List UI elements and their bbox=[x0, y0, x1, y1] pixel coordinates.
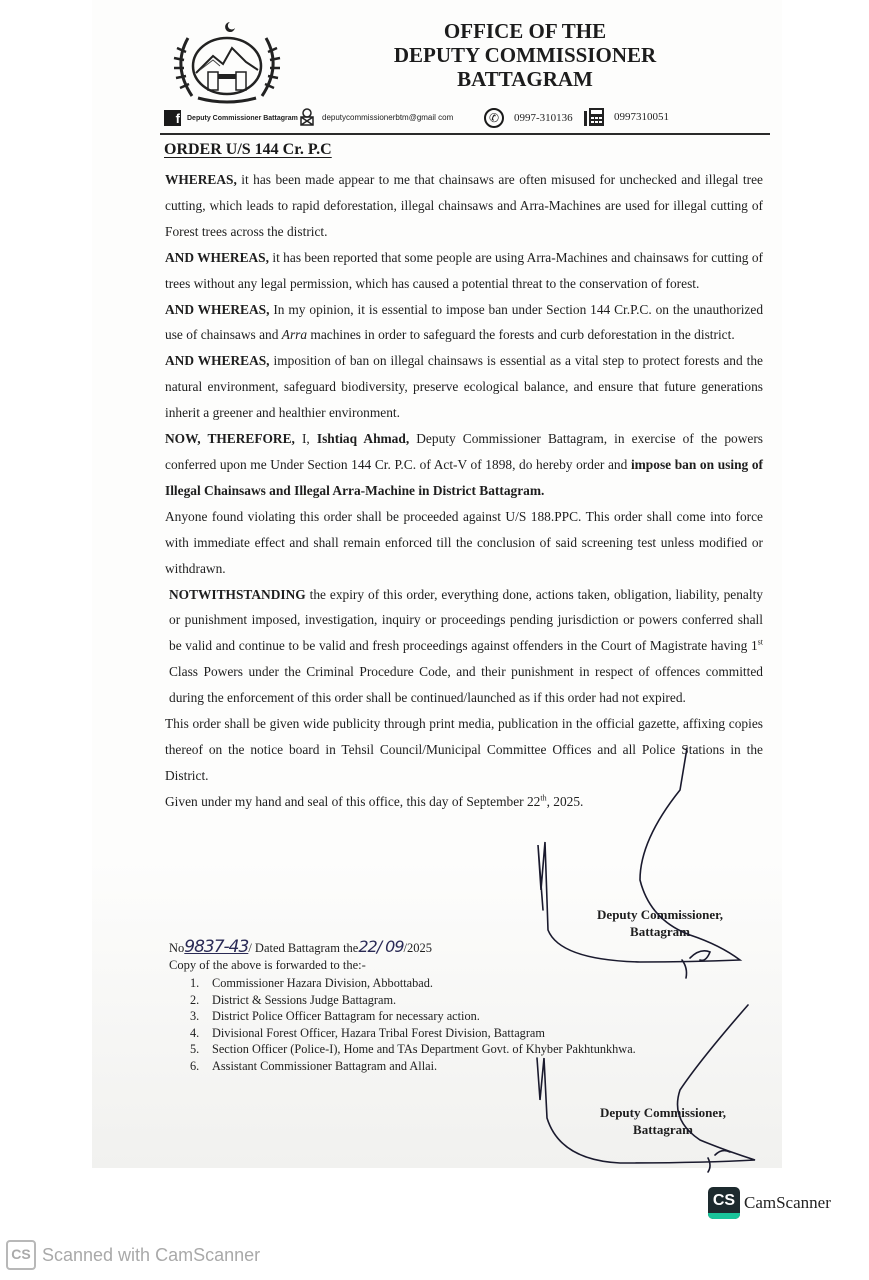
scanned-with-watermark: CS Scanned with CamScanner bbox=[6, 1240, 260, 1270]
officer-name: Ishtiaq Ahmad, bbox=[317, 431, 409, 446]
phone-contact[interactable]: ✆ 0997-310136 bbox=[484, 108, 573, 128]
paragraph-whereas-3: AND WHEREAS, In my opinion, it is essent… bbox=[165, 297, 763, 349]
paragraph-now-therefore: NOW, THEREFORE, I, Ishtiaq Ahmad, Deputy… bbox=[165, 426, 763, 504]
email-address: deputycommissionerbtm@gmail com bbox=[322, 113, 453, 122]
paragraph-text: Class Powers under the Criminal Procedur… bbox=[169, 664, 763, 705]
order-title: ORDER U/S 144 Cr. P.C bbox=[164, 141, 332, 159]
recipient-number: 5. bbox=[190, 1041, 212, 1058]
recipient-text: District & Sessions Judge Battagram. bbox=[212, 992, 396, 1009]
fax-contact[interactable]: 0997310051 bbox=[584, 108, 669, 126]
office-title-line-3: BATTAGRAM bbox=[380, 67, 670, 91]
recipient-text: Divisional Forest Officer, Hazara Tribal… bbox=[212, 1025, 545, 1042]
email-contact[interactable]: deputycommissionerbtm@gmail com bbox=[300, 108, 453, 126]
office-title-line-1: OFFICE OF THE bbox=[380, 19, 670, 43]
mail-icon bbox=[300, 108, 314, 126]
reference-no-label: No bbox=[169, 941, 184, 955]
office-title: OFFICE OF THE DEPUTY COMMISSIONER BATTAG… bbox=[380, 19, 670, 91]
date-year: /2025 bbox=[404, 941, 432, 955]
recipient-number: 2. bbox=[190, 992, 212, 1009]
paragraph-lead: AND WHEREAS, bbox=[165, 353, 270, 368]
paragraph-whereas-1: WHEREAS, it has been made appear to me t… bbox=[165, 167, 763, 245]
phone-number: 0997-310136 bbox=[514, 112, 573, 124]
handwritten-date: 22/ 09 bbox=[358, 937, 403, 956]
paragraph-given: Given under my hand and seal of this off… bbox=[165, 789, 763, 815]
recipient-number: 1. bbox=[190, 975, 212, 992]
signatory-place: Battagram bbox=[583, 1121, 743, 1138]
paragraph-italic: Arra bbox=[282, 327, 307, 342]
signature-block-2: Deputy Commissioner, Battagram bbox=[583, 1104, 743, 1138]
paragraph-lead: NOW, THEREFORE, bbox=[165, 431, 295, 446]
paragraph-whereas-4: AND WHEREAS, imposition of ban on illega… bbox=[165, 348, 763, 426]
recipient-item: 2.District & Sessions Judge Battagram. bbox=[190, 992, 636, 1009]
paragraph-text: I, bbox=[295, 431, 317, 446]
recipient-text: Section Officer (Police-I), Home and TAs… bbox=[212, 1041, 636, 1058]
paragraph-notwithstanding: NOTWITHSTANDING the expiry of this order… bbox=[165, 582, 763, 712]
recipient-text: District Police Officer Battagram for ne… bbox=[212, 1008, 480, 1025]
paragraph-lead: NOTWITHSTANDING bbox=[169, 587, 306, 602]
paragraph-text: it has been made appear to me that chain… bbox=[165, 172, 763, 239]
order-body: WHEREAS, it has been made appear to me t… bbox=[165, 167, 763, 815]
camscanner-name: CamScanner bbox=[744, 1193, 831, 1213]
paragraph-publicity: This order shall be given wide publicity… bbox=[165, 711, 763, 789]
fax-number: 0997310051 bbox=[614, 111, 669, 123]
facebook-label: Deputy Commissioner Battagram bbox=[187, 115, 298, 122]
signatory-designation: Deputy Commissioner, bbox=[580, 906, 740, 923]
camscanner-logo-icon: CS bbox=[708, 1187, 740, 1219]
facebook-icon: f bbox=[164, 110, 181, 126]
paragraph-text: Given under my hand and seal of this off… bbox=[165, 794, 540, 809]
paragraph-text: Anyone found violating this order shall … bbox=[165, 509, 763, 576]
recipients-list: 1.Commissioner Hazara Division, Abbottab… bbox=[190, 975, 636, 1075]
recipient-number: 6. bbox=[190, 1058, 212, 1075]
signatory-designation: Deputy Commissioner, bbox=[583, 1104, 743, 1121]
recipient-text: Commissioner Hazara Division, Abbottabad… bbox=[212, 975, 433, 992]
facebook-contact[interactable]: f Deputy Commissioner Battagram bbox=[164, 110, 298, 126]
paragraph-lead: AND WHEREAS, bbox=[165, 250, 269, 265]
contact-row: f Deputy Commissioner Battagram deputyco… bbox=[164, 108, 674, 132]
recipient-number: 3. bbox=[190, 1008, 212, 1025]
recipient-item: 3.District Police Officer Battagram for … bbox=[190, 1008, 636, 1025]
paragraph-text: This order shall be given wide publicity… bbox=[165, 716, 763, 783]
district-emblem-icon bbox=[168, 18, 286, 108]
recipient-item: 6.Assistant Commissioner Battagram and A… bbox=[190, 1058, 636, 1075]
signatory-place: Battagram bbox=[580, 923, 740, 940]
signature-block-1: Deputy Commissioner, Battagram bbox=[580, 906, 740, 940]
recipient-item: 1.Commissioner Hazara Division, Abbottab… bbox=[190, 975, 636, 992]
paragraph-violation: Anyone found violating this order shall … bbox=[165, 504, 763, 582]
superscript: st bbox=[758, 638, 763, 647]
copy-forwarded-intro: Copy of the above is forwarded to the:- bbox=[169, 958, 366, 973]
phone-icon: ✆ bbox=[484, 108, 504, 128]
recipient-item: 5.Section Officer (Police-I), Home and T… bbox=[190, 1041, 636, 1058]
scanner-logo-icon: CS bbox=[6, 1240, 36, 1270]
recipient-item: 4.Divisional Forest Officer, Hazara Trib… bbox=[190, 1025, 636, 1042]
paragraph-lead: AND WHEREAS, bbox=[165, 302, 269, 317]
dated-label: / Dated Battagram the bbox=[248, 941, 358, 955]
paragraph-whereas-2: AND WHEREAS, it has been reported that s… bbox=[165, 245, 763, 297]
scanned-with-text: Scanned with CamScanner bbox=[42, 1245, 260, 1266]
camscanner-badge: CS CamScanner bbox=[708, 1187, 831, 1219]
recipient-number: 4. bbox=[190, 1025, 212, 1042]
recipient-text: Assistant Commissioner Battagram and All… bbox=[212, 1058, 437, 1075]
header-divider bbox=[160, 133, 770, 135]
reference-line: No9837-43/ Dated Battagram the22/ 09/202… bbox=[169, 937, 432, 957]
paragraph-lead: WHEREAS, bbox=[165, 172, 237, 187]
paragraph-text: , 2025. bbox=[547, 794, 584, 809]
office-title-line-2: DEPUTY COMMISSIONER bbox=[380, 43, 670, 67]
paragraph-text: machines in order to safeguard the fores… bbox=[307, 327, 735, 342]
fax-icon bbox=[584, 108, 604, 126]
reference-number: 9837-43 bbox=[184, 937, 248, 957]
